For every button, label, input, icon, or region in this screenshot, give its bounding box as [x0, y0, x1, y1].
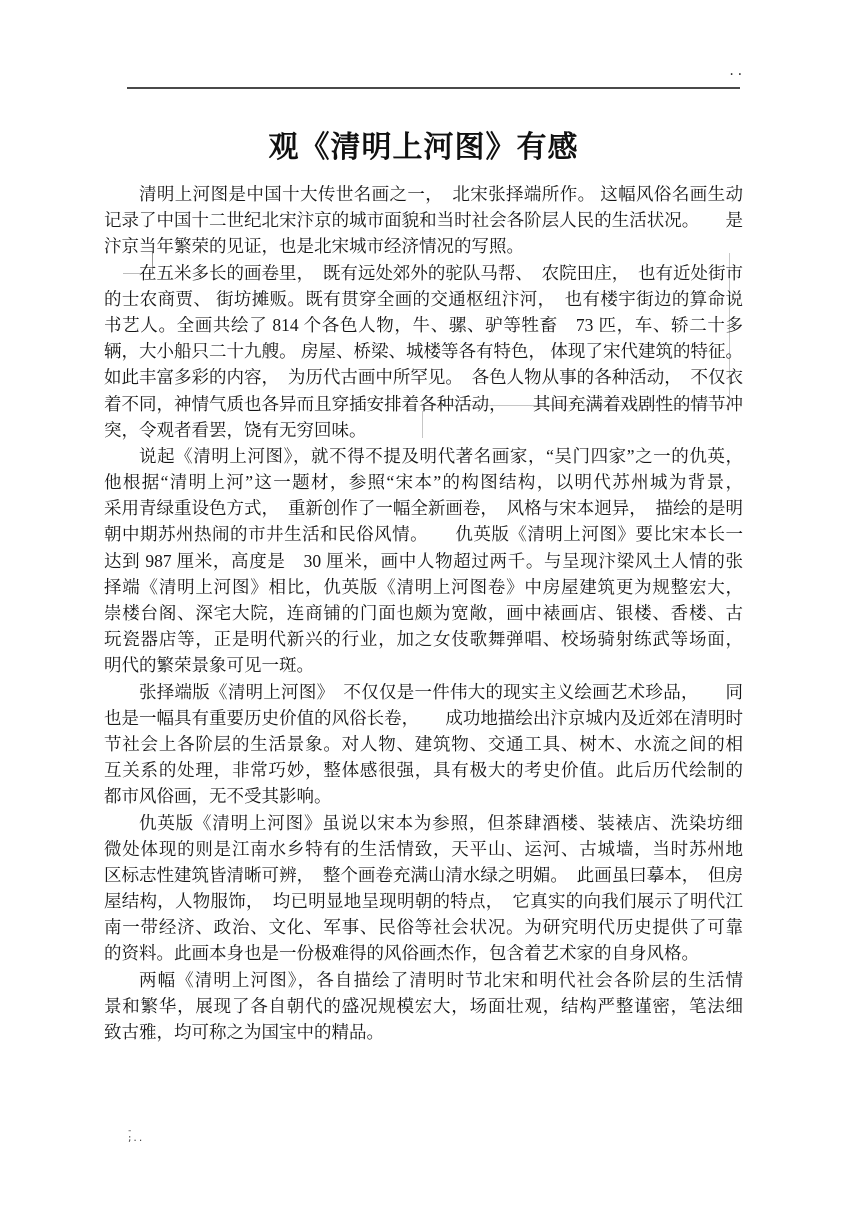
paragraph: 清明上河图是中国十大传世名画之一， 北宋张择端所作。 这幅风俗名画生动记录了中国…: [104, 181, 743, 260]
header-mark: ..: [728, 64, 744, 78]
text-line: 明代的繁荣景象可见一斑。: [104, 652, 743, 678]
text-line: 着不同，神情气质也各异而且穿插安排着各种活动， 其间充满着戏剧性的情节冲: [104, 391, 743, 417]
text-line: 也是一幅具有重要历史价值的风俗长卷， 成功地描绘出汴京城内及近郊在清明时: [104, 705, 743, 731]
text-line: 南一带经济、政治、文化、军事、民俗等社会状况。为研究明代历史提供了可靠: [104, 914, 743, 940]
text-line: 屋结构，人物服饰， 均已明显地呈现明朝的特点， 它真实的向我们展示了明代江: [104, 888, 743, 914]
text-line: 仇英版《清明上河图》虽说以宋本为参照，但茶肆酒楼、装裱店、洗染坊细: [104, 810, 743, 836]
paragraph: 两幅《清明上河图》，各自描绘了清明时节北宋和明代社会各阶层的生活情景和繁华，展现…: [104, 967, 743, 1046]
text-line: 采用青绿重设色方式， 重新创作了一幅全新画卷， 风格与宋本迥异， 描绘的是明: [104, 495, 743, 521]
text-line: 玩瓷器店等，正是明代新兴的行业，加之女伎歌舞弹唱、校场骑射练武等场面，: [104, 626, 743, 652]
text-line: 突，令观者看罢，饶有无穷回味。: [104, 417, 743, 443]
text-line: 互关系的处理，非常巧妙，整体感很强，具有极大的考史价值。此后历代绘制的: [104, 757, 743, 783]
text-line: 景和繁华，展现了各自朝代的盛况规模宏大，场面壮观，结构严整谨密，笔法细: [104, 993, 743, 1019]
text-line: 都市风俗画，无不受其影响。: [104, 783, 743, 809]
text-line: 致古雅，均可称之为国宝中的精品。: [104, 1019, 743, 1045]
text-line: 微处体现的则是江南水乡特有的生活情致，天平山、运河、古城墙，当时苏州地: [104, 836, 743, 862]
text-line: 如此丰富多彩的内容， 为历代古画中所罕见。 各色人物从事的各种活动， 不仅衣: [104, 364, 743, 390]
text-body: 清明上河图是中国十大传世名画之一， 北宋张择端所作。 这幅风俗名画生动记录了中国…: [104, 181, 743, 1045]
text-line: 汴京当年繁荣的见证，也是北宋城市经济情况的写照。: [104, 233, 743, 259]
text-line: 的资料。此画本身也是一份极难得的风俗画杰作，包含着艺术家的自身风格。: [104, 940, 743, 966]
header-divider: [127, 87, 740, 89]
text-line: 区标志性建筑皆清晰可辨， 整个画卷充满山清水绿之明媚。 此画虽曰摹本， 但房: [104, 862, 743, 888]
document-page: .. 观《清明上河图》有感 清明上河图是中国十大传世名画之一， 北宋张择端所作。…: [0, 0, 860, 1218]
page-title: 观《清明上河图》有感: [104, 122, 743, 166]
text-line: 书艺人。全画共绘了 814 个各色人物，牛、骡、驴等牲畜 73 匹，车、轿二十多: [104, 312, 743, 338]
text-line: 在五米多长的画卷里， 既有远处郊外的驼队马帮、 农院田庄， 也有近处街市: [104, 260, 743, 286]
paragraph: 仇英版《清明上河图》虽说以宋本为参照，但茶肆酒楼、装裱店、洗染坊细微处体现的则是…: [104, 810, 743, 967]
text-line: 两幅《清明上河图》，各自描绘了清明时节北宋和明代社会各阶层的生活情: [104, 967, 743, 993]
text-line: 的士农商贾、 街坊摊贩。既有贯穿全画的交通枢纽汴河， 也有楼宇街边的算命说: [104, 286, 743, 312]
text-line: 张择端版《清明上河图》 不仅仅是一件伟大的现实主义绘画艺术珍品， 同时: [104, 679, 743, 705]
text-line: 崇楼台阁、深宅大院，连商铺的门面也颇为宽敞，画中裱画店、银楼、香楼、古: [104, 600, 743, 626]
footer-mark-bottom: ;..: [127, 1135, 143, 1143]
paragraph: 在五米多长的画卷里， 既有远处郊外的驼队马帮、 农院田庄， 也有近处街市的士农商…: [104, 260, 743, 443]
text-line: 达到 987 厘米，高度是 30 厘米，画中人物超过两千。与呈现汴梁风土人情的张: [104, 548, 743, 574]
text-line: 说起《清明上河图》，就不得不提及明代著名画家，“吴门四家”之一的仇英，: [104, 443, 743, 469]
footer-marks: - ;..: [127, 1127, 143, 1143]
text-line: 辆，大小船只二十九艘。 房屋、桥梁、城楼等各有特色， 体现了宋代建筑的特征。: [104, 338, 743, 364]
paragraph: 张择端版《清明上河图》 不仅仅是一件伟大的现实主义绘画艺术珍品， 同时也是一幅具…: [104, 679, 743, 810]
paragraph: 说起《清明上河图》，就不得不提及明代著名画家，“吴门四家”之一的仇英，他根据“清…: [104, 443, 743, 679]
text-line: 他根据“清明上河”这一题材，参照“宋本”的构图结构，以明代苏州城为背景，: [104, 469, 743, 495]
text-line: 朝中期苏州热闹的市井生活和民俗风情。 仇英版《清明上河图》要比宋本长一倍，: [104, 521, 743, 547]
text-line: 清明上河图是中国十大传世名画之一， 北宋张择端所作。 这幅风俗名画生动: [104, 181, 743, 207]
text-line: 节社会上各阶层的生活景象。对人物、建筑物、交通工具、树木、水流之间的相: [104, 731, 743, 757]
text-line: 择端《清明上河图》相比，仇英版《清明上河图卷》中房屋建筑更为规整宏大，: [104, 574, 743, 600]
text-line: 记录了中国十二世纪北宋汴京的城市面貌和当时社会各阶层人民的生活状况。 是: [104, 207, 743, 233]
